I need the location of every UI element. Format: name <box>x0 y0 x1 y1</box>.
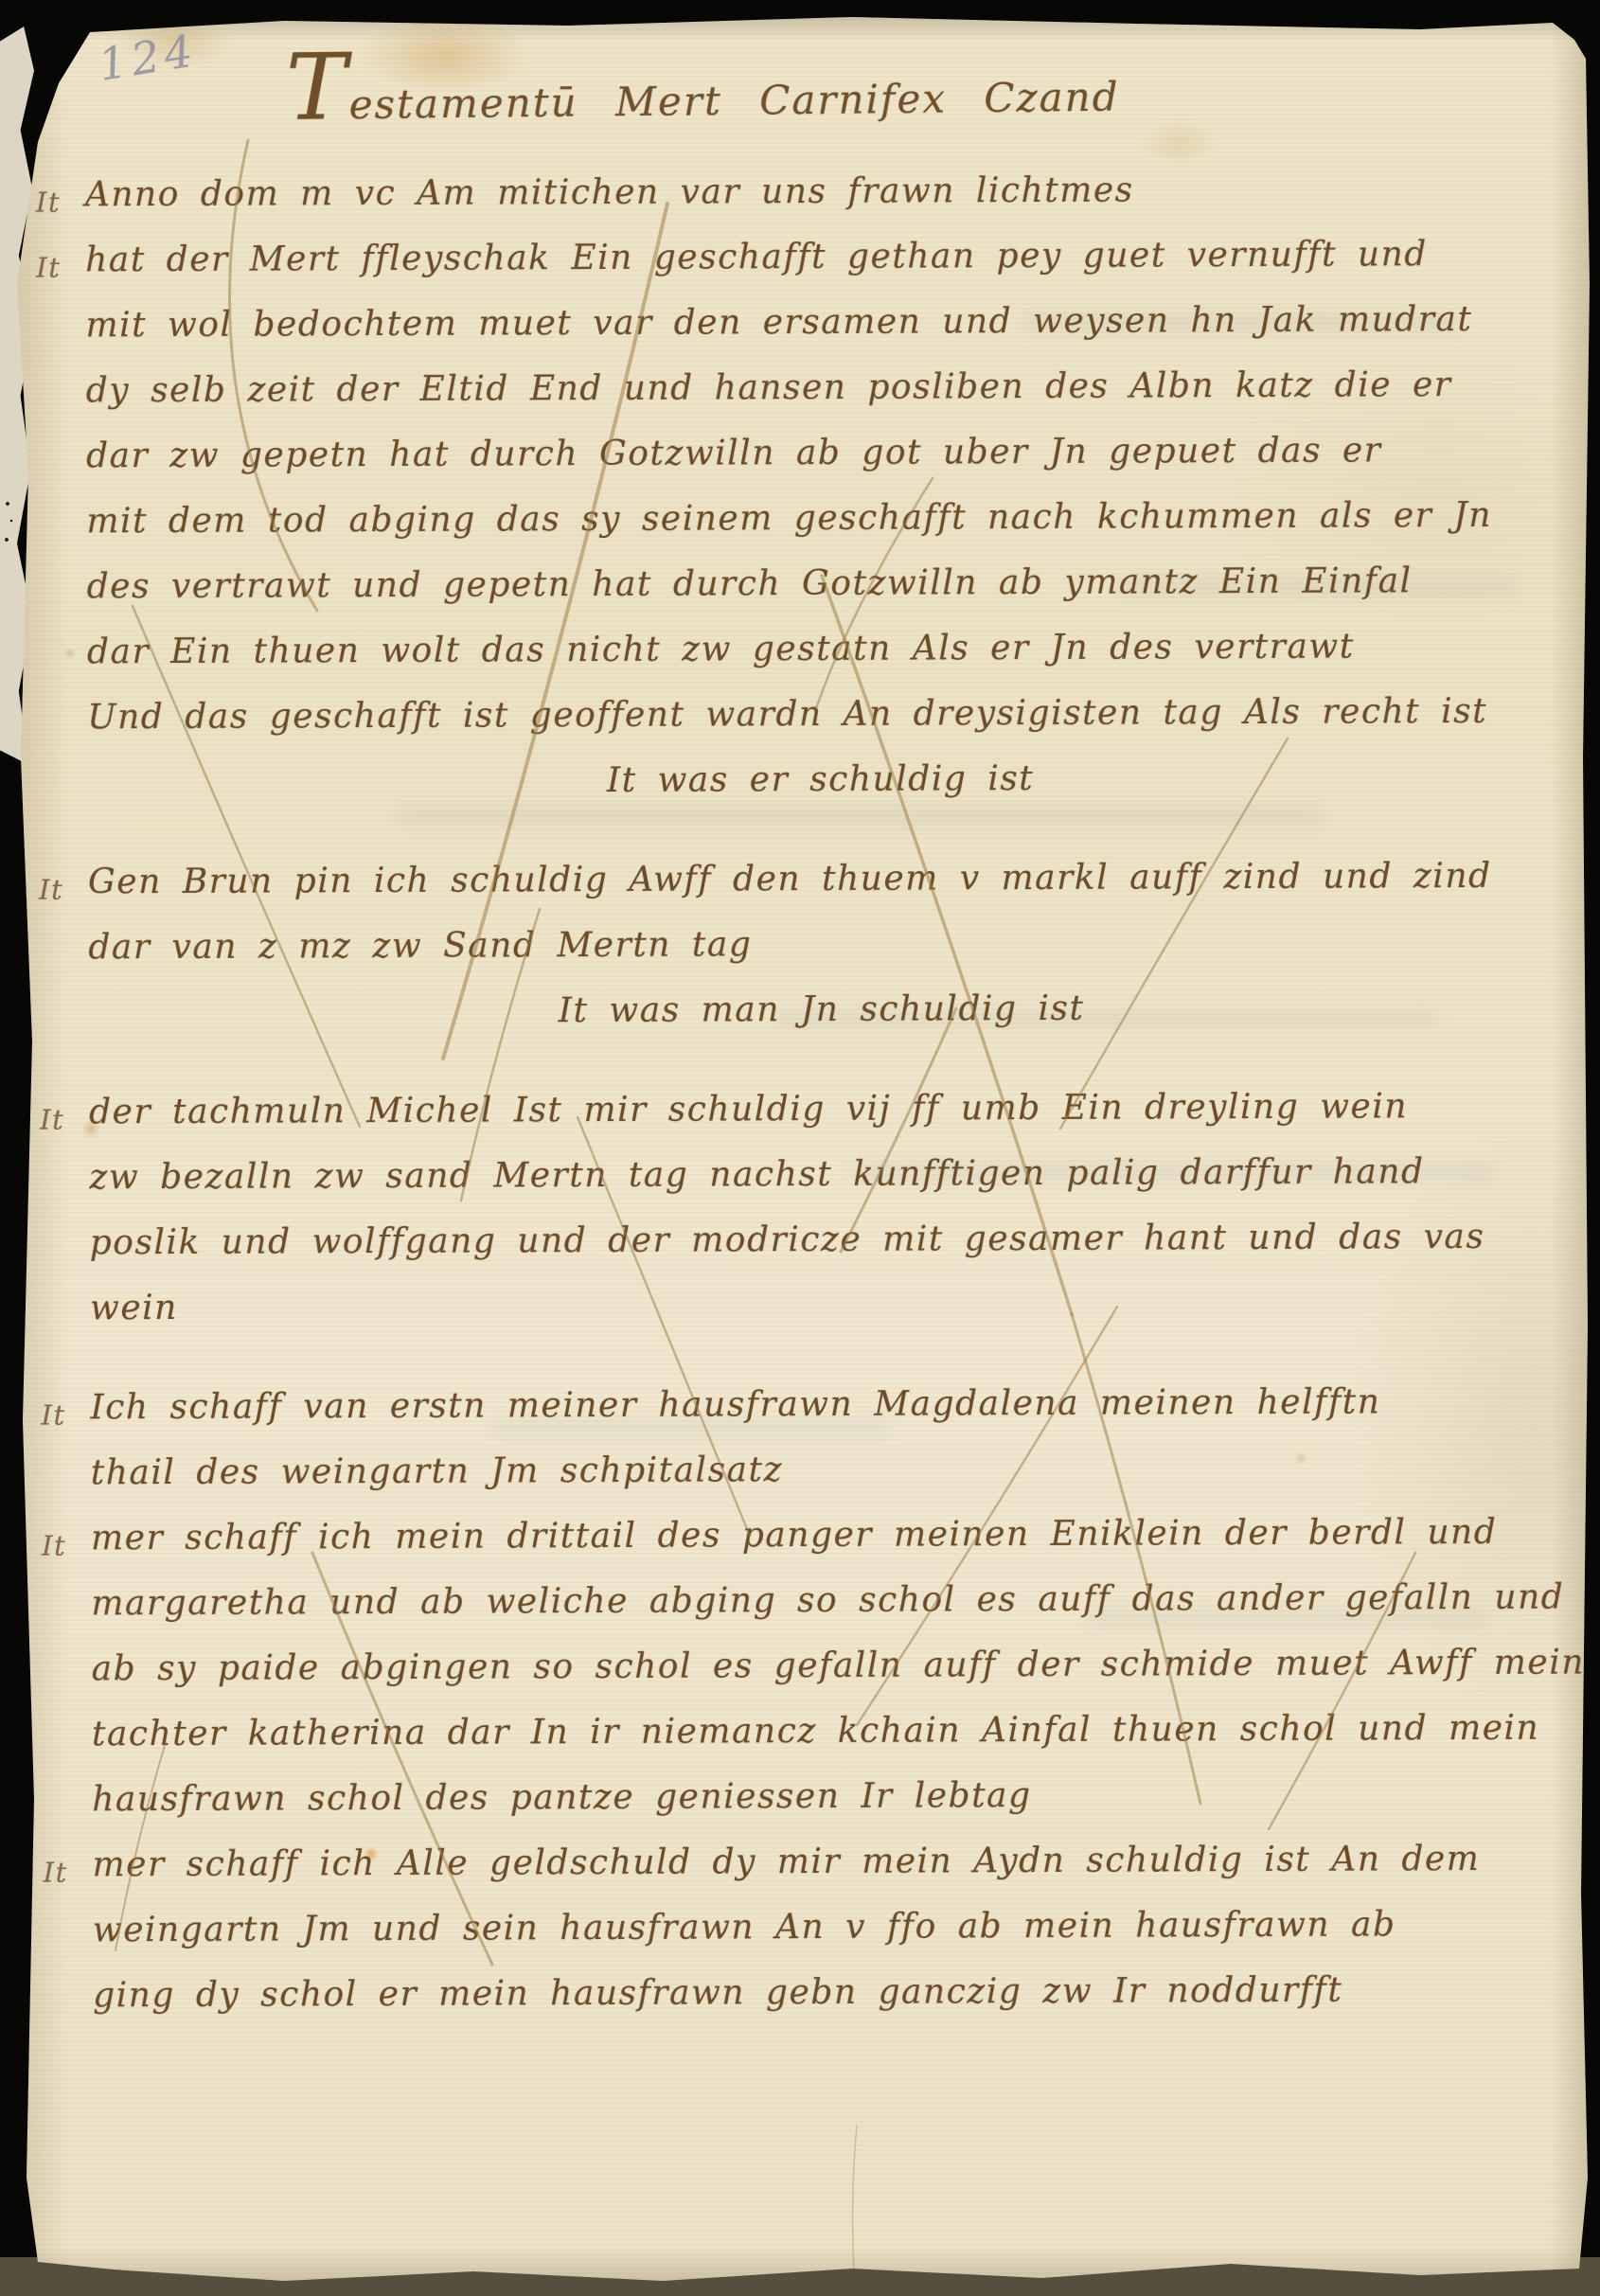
folio-number: 124 <box>95 25 201 92</box>
line-text: wein <box>90 1289 178 1327</box>
manuscript-line: poslik und wolffgang und der modricze mi… <box>90 1204 1556 1276</box>
manuscript-line: hausfrawn schol des pantze geniessen Ir … <box>92 1761 1557 1833</box>
manuscript-line: dar Ein thuen wolt das nicht zw gestatn … <box>87 614 1553 685</box>
manuscript-line: dy selb zeit der Eltid End und hansen po… <box>86 352 1552 424</box>
line-text: mit wol bedochtem muet var den ersamen u… <box>85 300 1472 345</box>
manuscript-line: It Anno dom m vc Am mitichen var uns fra… <box>85 156 1551 228</box>
manuscript-line: Und das geschafft ist geoffent wardn An … <box>87 679 1553 751</box>
manuscript-text-lines: It Anno dom m vc Am mitichen var uns fra… <box>85 156 1559 2029</box>
line-text: dar van z mz zw Sand Mertn tag <box>88 925 752 967</box>
manuscript-line: It Ich schaff van erstn meiner hausfrawn… <box>90 1369 1556 1441</box>
line-text: ab sy paide abgingen so schol es gefalln… <box>92 1643 1585 1688</box>
line-text: Ich schaff van erstn meiner hausfrawn Ma… <box>90 1382 1380 1427</box>
line-text: thail des weingartn Jm schpitalsatz <box>91 1451 783 1492</box>
line-text: Gen Brun pin ich schuldig Awff den thuem… <box>88 857 1492 901</box>
edge-ink-specks <box>2 494 15 551</box>
manuscript-line: des vertrawt und gepetn hat durch Gotzwi… <box>87 548 1553 620</box>
manuscript-line: wein <box>90 1270 1556 1342</box>
paragraph-mark: It <box>40 1087 64 1152</box>
manuscript-line: It was man Jn schuldig ist <box>88 974 1554 1046</box>
line-text: poslik und wolffgang und der modricze mi… <box>90 1218 1485 1262</box>
line-text: der tachmuln Michel Ist mir schuldig vij… <box>89 1087 1408 1131</box>
line-text: hausfrawn schol des pantze geniessen Ir … <box>92 1776 1031 1819</box>
manuscript-line: margaretha und ab weliche abging so scho… <box>91 1565 1556 1637</box>
manuscript-line: dar van z mz zw Sand Mertn tag <box>88 909 1554 981</box>
document-title: Testamentū Mert Carnifex Czand <box>285 23 1346 141</box>
paragraph-mark: It <box>41 1382 65 1448</box>
line-text: mer schaff ich mein drittail des panger … <box>91 1513 1497 1557</box>
paragraph-mark: It <box>43 1840 67 1905</box>
line-text: margaretha und ab weliche abging so scho… <box>91 1578 1564 1624</box>
manuscript-line: It was er schuldig ist <box>87 744 1553 816</box>
manuscript-line: weingartn Jm und sein hausfrawn An v ffo… <box>93 1892 1558 1964</box>
manuscript-line: It der tachmuln Michel Ist mir schuldig … <box>89 1074 1555 1146</box>
line-text: It was man Jn schuldig ist <box>559 989 1085 1030</box>
line-text: mit dem tod abging das sy seinem geschaf… <box>86 496 1492 541</box>
paragraph-mark: It <box>36 235 61 300</box>
line-text: Und das geschafft ist geoffent wardn An … <box>87 692 1487 737</box>
line-text: dar zw gepetn hat durch Gotzwilln ab got… <box>86 431 1382 475</box>
line-text: tachter katherina dar In ir niemancz kch… <box>92 1709 1539 1754</box>
line-text: dar Ein thuen wolt das nicht zw gestatn … <box>87 628 1355 672</box>
manuscript-page: 124 Testamentū Mert Carnifex Czand It An… <box>0 0 1600 2296</box>
line-text: mer schaff ich Alle geldschuld dy mir me… <box>92 1840 1480 1884</box>
line-text: des vertrawt und gepetn hat durch Gotzwi… <box>87 561 1413 606</box>
manuscript-line: zw bezalln zw sand Mertn tag nachst kunf… <box>89 1139 1555 1211</box>
manuscript-line: mit wol bedochtem muet var den ersamen u… <box>85 287 1551 359</box>
manuscript-line: dar zw gepetn hat durch Gotzwilln ab got… <box>86 418 1552 489</box>
manuscript-line: It Gen Brun pin ich schuldig Awff den th… <box>88 844 1554 916</box>
manuscript-line: It mer schaff ich Alle geldschuld dy mir… <box>92 1826 1557 1898</box>
manuscript-line: ab sy paide abgingen so schol es gefalln… <box>92 1630 1557 1702</box>
line-text: dy selb zeit der Eltid End und hansen po… <box>86 365 1452 410</box>
line-text: Anno dom m vc Am mitichen var uns frawn … <box>85 171 1134 215</box>
line-text: ging dy schol er mein hausfrawn gebn gan… <box>93 1971 1342 2016</box>
paragraph-mark: It <box>42 1513 66 1578</box>
manuscript-line: It mer schaff ich mein drittail des pang… <box>91 1500 1556 1572</box>
manuscript-line: ging dy schol er mein hausfrawn gebn gan… <box>93 1957 1558 2029</box>
paragraph-mark: It <box>39 857 63 922</box>
manuscript-line: mit dem tod abging das sy seinem geschaf… <box>86 483 1552 555</box>
manuscript-line: It hat der Mert ffleyschak Ein geschafft… <box>85 222 1551 294</box>
line-text: hat der Mert ffleyschak Ein geschafft ge… <box>85 235 1428 279</box>
manuscript-line: thail des weingartn Jm schpitalsatz <box>91 1434 1556 1506</box>
line-text: zw bezalln zw sand Mertn tag nachst kunf… <box>89 1152 1424 1197</box>
manuscript-line: tachter katherina dar In ir niemancz kch… <box>92 1696 1557 1768</box>
line-text: weingartn Jm und sein hausfrawn An v ffo… <box>93 1905 1396 1949</box>
paragraph-mark: It <box>36 169 61 235</box>
line-text: It was er schuldig ist <box>607 759 1034 800</box>
